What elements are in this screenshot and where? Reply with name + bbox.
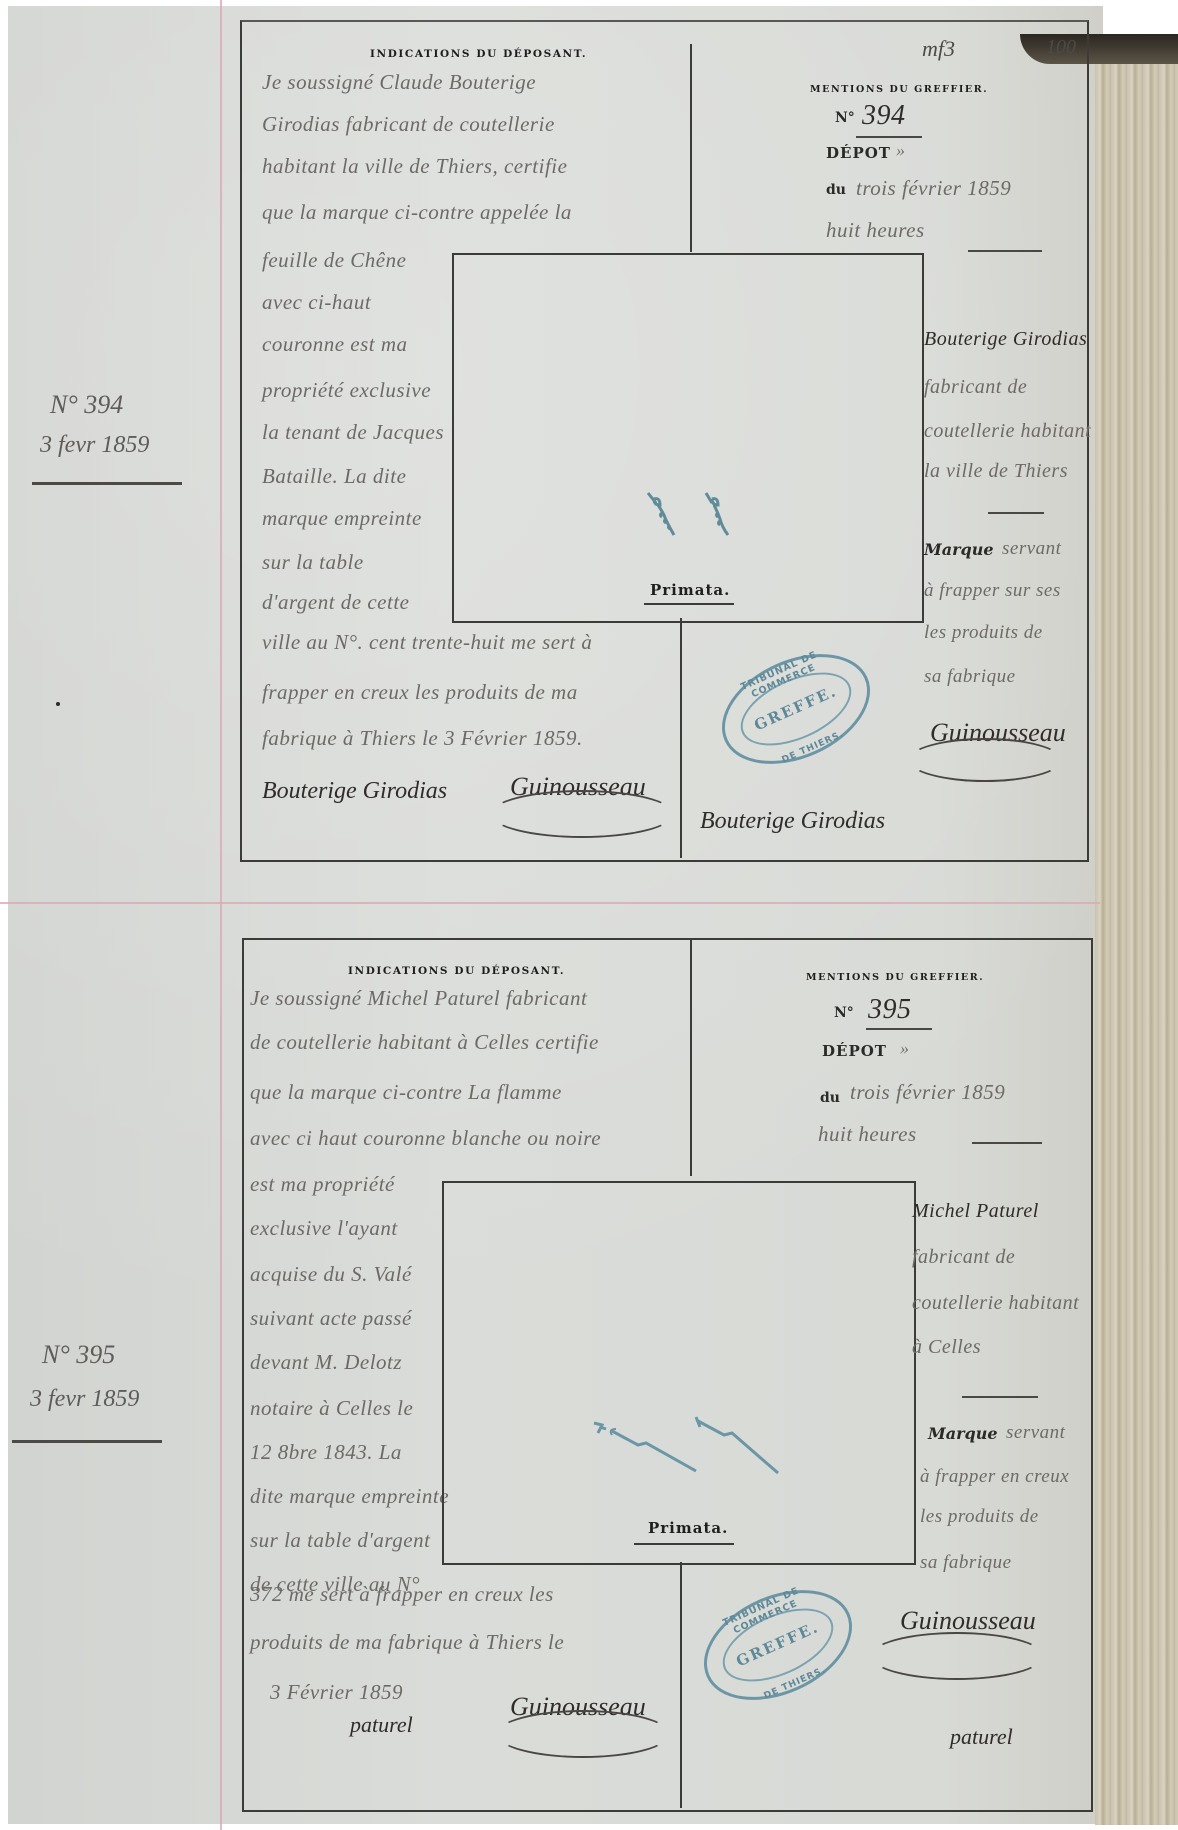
paturel-knife-mark-icon: [592, 1419, 702, 1477]
deposit-suffix: »: [900, 1038, 910, 1059]
depositor-line: avec ci-haut: [262, 290, 371, 315]
mark-line: servant: [1002, 538, 1061, 560]
depositor-line: d'argent de cette: [262, 590, 410, 615]
clerk-depositor-signature: Bouterige Girodias: [700, 808, 885, 835]
deposit-suffix: »: [896, 140, 906, 161]
date-label: du: [820, 1090, 840, 1106]
mark-box-label-underline: [644, 603, 734, 605]
signature-flourish: [908, 738, 1062, 782]
depositor-line: que la marque ci-contre appelée la: [262, 200, 572, 225]
ink-spot: [56, 702, 60, 706]
depositor-line: 12 8bre 1843. La: [250, 1440, 402, 1465]
entry-number-label: N°: [835, 110, 855, 126]
depositor-line: Bataille. La dite: [262, 464, 406, 489]
notes-divider: [988, 512, 1044, 514]
number-underline: [866, 1028, 932, 1030]
depositor-line: 372 me sert à frapper en creux les: [250, 1582, 554, 1607]
depositor-line: frapper en creux les produits de ma: [262, 680, 578, 705]
margin-line-horizontal: [0, 902, 1100, 904]
mark-box-label: Primata.: [648, 1519, 728, 1537]
number-underline: [856, 136, 922, 138]
column-divider-top: [690, 44, 692, 252]
mark-line: les produits de: [924, 622, 1043, 644]
depositor-line: ville au N°. cent trente-huit me sert à: [262, 630, 592, 655]
margin-entry-date: 3 fevr 1859: [30, 1386, 139, 1413]
margin-entry-number: N° 394: [50, 390, 123, 420]
mark-label: Marque: [928, 1424, 998, 1443]
date-underline: [972, 1142, 1042, 1144]
notes-divider: [962, 1396, 1038, 1398]
entry-number-value: 395: [868, 994, 912, 1026]
signature-flourish: [490, 790, 674, 838]
mark-line: sa fabrique: [924, 666, 1016, 688]
depositor-line: sur la table: [262, 550, 364, 575]
depositor-line: propriété exclusive: [262, 378, 431, 403]
paturel-knife-mark-icon: [694, 1413, 784, 1483]
mark-line: à frapper en creux: [920, 1466, 1069, 1488]
depositor-line: Je soussigné Michel Paturel fabricant: [250, 986, 587, 1011]
column-divider-bottom: [680, 618, 682, 858]
clerk-header: MENTIONS DU GREFFIER.: [810, 84, 988, 95]
depositor-line: acquise du S. Valé: [250, 1262, 412, 1287]
mark-box-label-underline: [634, 1543, 734, 1545]
mark-label: Marque: [924, 540, 994, 559]
clerk-note-line: la ville de Thiers: [924, 460, 1068, 483]
depositor-line: 3 Février 1859: [270, 1680, 403, 1705]
clerk-depositor-name: Michel Paturel: [912, 1200, 1039, 1223]
depositor-line: exclusive l'ayant: [250, 1216, 398, 1241]
clerk-note-line: coutellerie habitant: [924, 420, 1091, 443]
depositor-signature: paturel: [350, 1712, 413, 1738]
mark-line: servant: [1006, 1422, 1065, 1444]
mark-box-label: Primata.: [650, 581, 730, 599]
deposit-label: DÉPOT: [826, 144, 891, 162]
depositor-line: Je soussigné Claude Bouterige: [262, 70, 536, 95]
mark-line: les produits de: [920, 1506, 1039, 1528]
depositor-line: de coutellerie habitant à Celles certifi…: [250, 1030, 599, 1055]
clerk-header: MENTIONS DU GREFFIER.: [806, 972, 984, 983]
signature-flourish: [496, 1710, 670, 1758]
depositor-line: marque empreinte: [262, 506, 422, 531]
clerk-note-line: fabricant de: [924, 376, 1027, 399]
leaf-mark-icon: [704, 491, 734, 539]
column-divider-bottom: [680, 1562, 682, 1808]
margin-entry-date: 3 fevr 1859: [40, 432, 149, 459]
depositor-line: la tenant de Jacques: [262, 420, 444, 445]
depositor-line: fabrique à Thiers le 3 Février 1859.: [262, 726, 583, 751]
date-underline: [968, 250, 1042, 252]
entry-number-label: N°: [834, 1005, 854, 1021]
trademark-box: Primata.: [442, 1181, 916, 1565]
leaf-mark-icon: [644, 491, 680, 539]
depositor-line: feuille de Chêne: [262, 248, 406, 273]
clerk-depositor-signature: paturel: [950, 1724, 1013, 1750]
margin-entry-number: N° 395: [42, 1340, 115, 1370]
depositor-line: est ma propriété: [250, 1172, 395, 1197]
depositor-line: Girodias fabricant de coutellerie: [262, 112, 555, 137]
depositor-line: que la marque ci-contre La flamme: [250, 1080, 562, 1105]
clerk-note-line: fabricant de: [912, 1246, 1015, 1269]
depositor-line: avec ci haut couronne blanche ou noire: [250, 1126, 601, 1151]
column-divider-top: [690, 940, 692, 1176]
depositor-line: devant M. Delotz: [250, 1350, 402, 1375]
depositor-line: dite marque empreinte: [250, 1484, 449, 1509]
clerk-depositor-name: Bouterige Girodias: [924, 328, 1087, 351]
deposit-label: DÉPOT: [822, 1042, 887, 1060]
depositor-header: INDICATIONS DU DÉPOSANT.: [370, 48, 587, 60]
depositor-line: produits de ma fabrique à Thiers le: [250, 1630, 564, 1655]
clerk-note-line: coutellerie habitant: [912, 1292, 1079, 1315]
deposit-date: trois février 1859: [856, 176, 1011, 201]
clerk-note-line: à Celles: [912, 1336, 981, 1359]
depositor-line: habitant la ville de Thiers, certifie: [262, 154, 567, 179]
margin-underline: [32, 482, 182, 485]
signature-flourish: [870, 1632, 1044, 1680]
margin-underline: [12, 1440, 162, 1443]
deposit-time: huit heures: [826, 218, 925, 243]
trademark-box: Primata.: [452, 253, 924, 623]
depositor-line: notaire à Celles le: [250, 1396, 413, 1421]
margin-line-vertical: [220, 0, 222, 1830]
depositor-signature: Bouterige Girodias: [262, 778, 447, 805]
page-edges: [1095, 60, 1178, 1825]
depositor-line: couronne est ma: [262, 332, 408, 357]
deposit-time: huit heures: [818, 1122, 917, 1147]
mark-line: sa fabrique: [920, 1552, 1012, 1574]
entry-number-value: 394: [862, 100, 906, 132]
deposit-date: trois février 1859: [850, 1080, 1005, 1105]
date-label: du: [826, 182, 846, 198]
depositor-line: sur la table d'argent: [250, 1528, 430, 1553]
depositor-line: suivant acte passé: [250, 1306, 412, 1331]
mark-line: à frapper sur ses: [924, 580, 1061, 602]
depositor-header: INDICATIONS DU DÉPOSANT.: [348, 965, 565, 977]
